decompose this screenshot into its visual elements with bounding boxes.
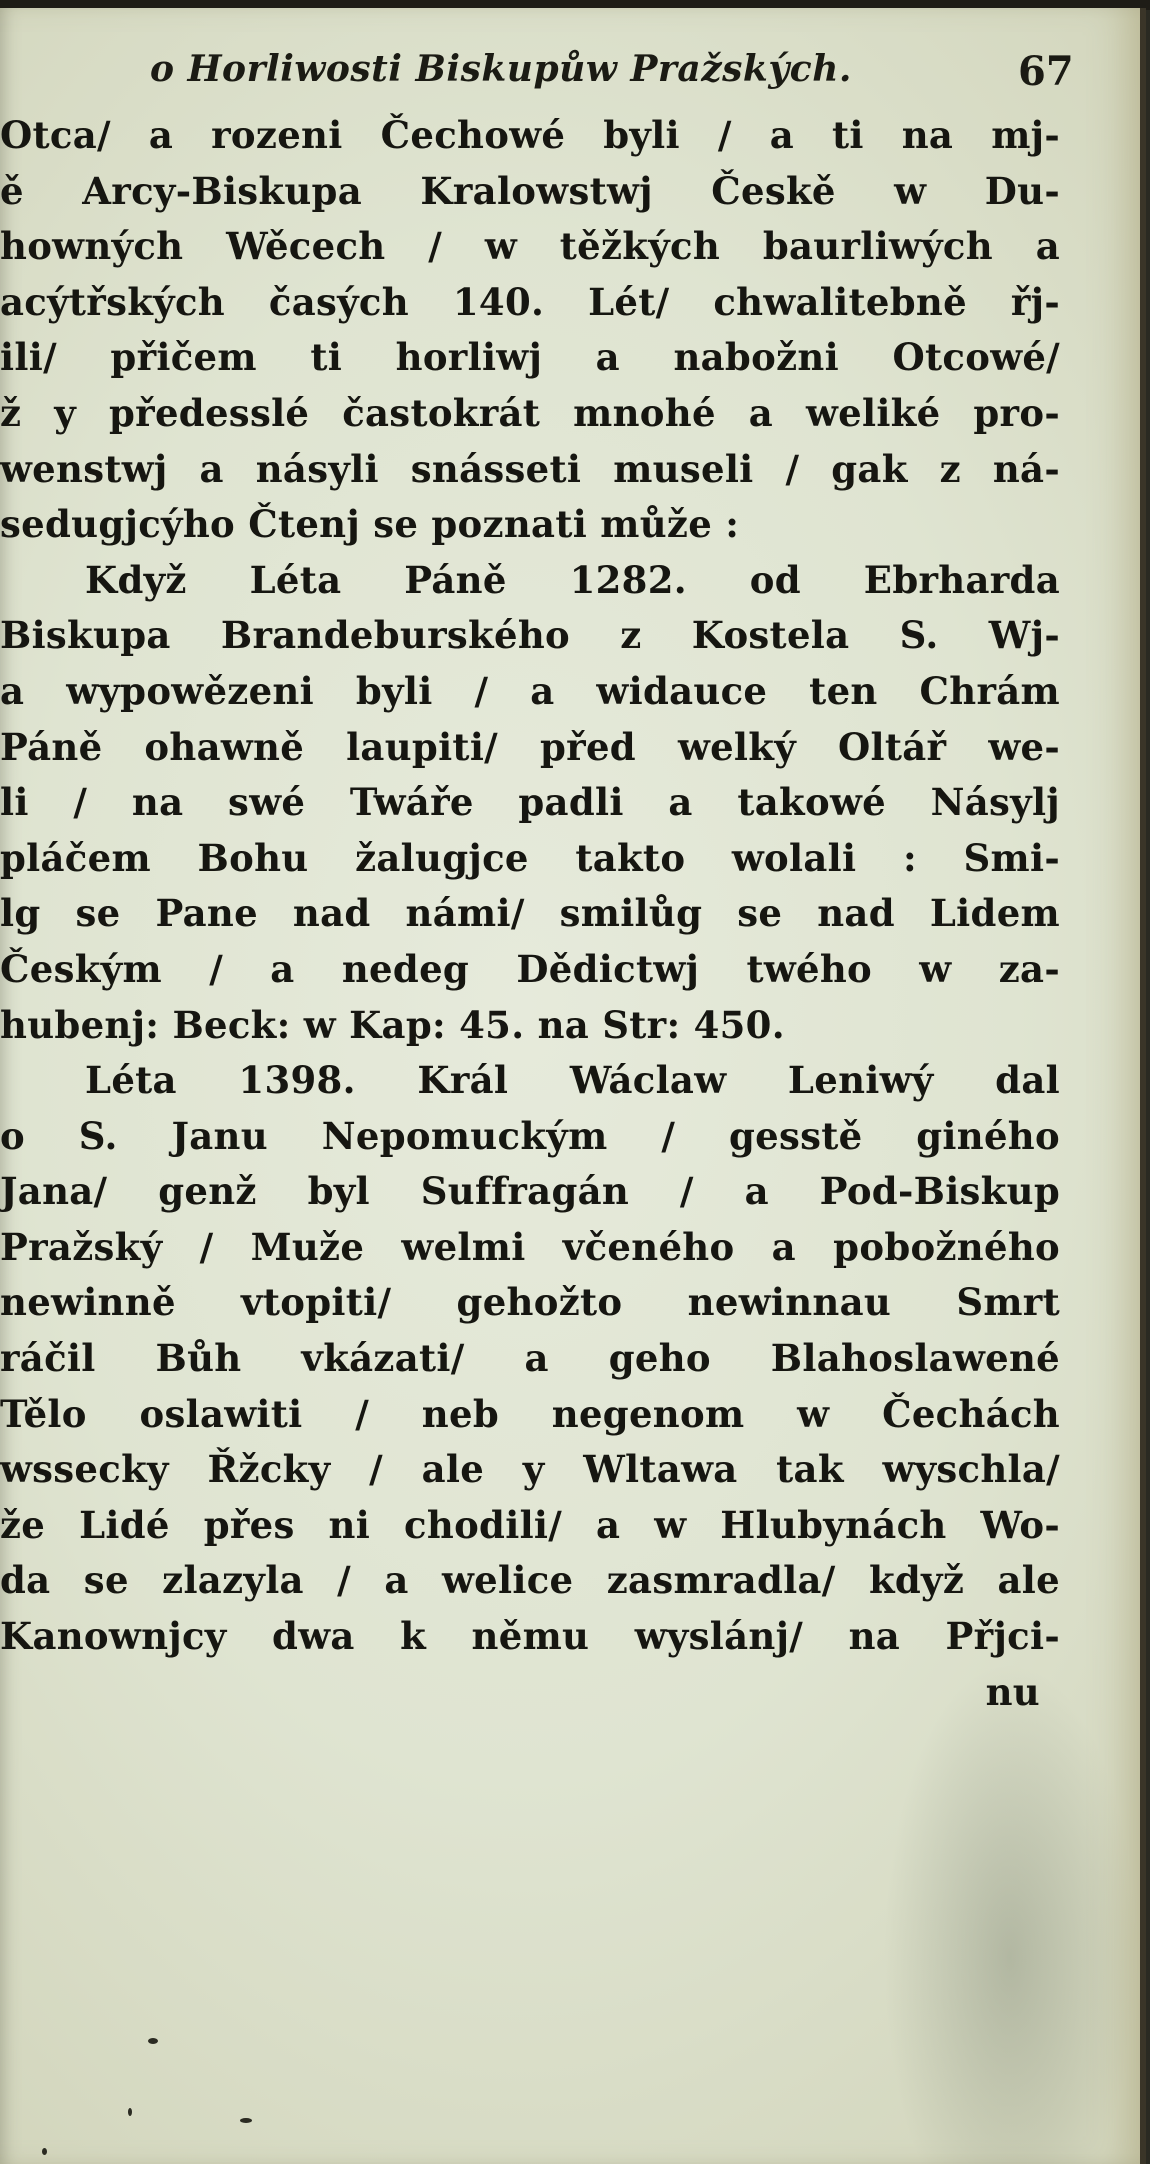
text-line: Pražský / Muže welmi včeného a pobožného: [0, 1220, 1060, 1276]
text-line: ě Arcy-Biskupa Kralowstwj Českě w Du-: [0, 164, 1060, 220]
catchword: nu: [0, 1665, 1060, 1721]
text-line: lg se Pane nad námi/ smilůg se nad Lidem: [0, 886, 1060, 942]
ink-speck: [240, 2118, 252, 2123]
text-line: wssecky Řžcky / ale y Wltawa tak wyschla…: [0, 1442, 1060, 1498]
ink-speck: [148, 2038, 158, 2044]
text-line: acýtřských časých 140. Lét/ chwalitebně …: [0, 275, 1060, 331]
page-number: 67: [1018, 48, 1074, 95]
text-line: Českým / a nedeg Dědictwj twého w za-: [0, 942, 1060, 998]
text-line: li / na swé Twáře padli a takowé Násylj: [0, 775, 1060, 831]
page-header: o Horliwosti Biskupůw Pražských. 67: [0, 48, 1150, 98]
text-line: da se zlazyla / a welice zasmradla/ když…: [0, 1553, 1060, 1609]
book-page: o Horliwosti Biskupůw Pražských. 67 Otca…: [0, 8, 1146, 2164]
text-line: sedugjcýho Čtenj se poznati může :: [0, 497, 1060, 553]
text-line: ili/ přičem ti horliwj a nabožni Otcowé/: [0, 330, 1060, 386]
text-line: o S. Janu Nepomuckým / gesstě giného: [0, 1109, 1060, 1165]
text-line: newinně vtopiti/ gehožto newinnau Smrt: [0, 1275, 1060, 1331]
paragraph-start-line: Léta 1398. Král Wáclaw Leniwý dal: [0, 1053, 1060, 1109]
text-line: wenstwj a násyli snásseti museli / gak z…: [0, 442, 1060, 498]
text-line: ž y předesslé častokrát mnohé a weliké p…: [0, 386, 1060, 442]
running-head: o Horliwosti Biskupůw Pražských.: [150, 48, 852, 90]
citation-line: hubenj: Beck: w Kap: 45. na Str: 450.: [0, 998, 1060, 1054]
text-line: že Lidé přes ni chodili/ a w Hlubynách W…: [0, 1498, 1060, 1554]
text-line: howných Wěcech / w těžkých baurliwých a: [0, 219, 1060, 275]
text-line: Kanownjcy dwa k němu wyslánj/ na Přjci-: [0, 1609, 1060, 1665]
body-text: Otca/ a rozeni Čechowé byli / a ti na mj…: [0, 108, 1060, 1720]
text-line: pláčem Bohu žalugjce takto wolali : Smi-: [0, 831, 1060, 887]
text-line: Jana/ genž byl Suffragán / a Pod-Biskup: [0, 1164, 1060, 1220]
paragraph-start-line: Když Léta Páně 1282. od Ebrharda: [0, 553, 1060, 609]
ink-speck: [42, 2148, 47, 2155]
text-line: a wypowězeni byli / a widauce ten Chrám: [0, 664, 1060, 720]
text-line: Otca/ a rozeni Čechowé byli / a ti na mj…: [0, 108, 1060, 164]
text-line: Páně ohawně laupiti/ před welký Oltář we…: [0, 720, 1060, 776]
text-line: Tělo oslawiti / neb negenom w Čechách: [0, 1387, 1060, 1443]
text-line: Biskupa Brandeburského z Kostela S. Wj-: [0, 608, 1060, 664]
text-line: ráčil Bůh vkázati/ a geho Blahoslawené: [0, 1331, 1060, 1387]
ink-speck: [128, 2108, 132, 2116]
